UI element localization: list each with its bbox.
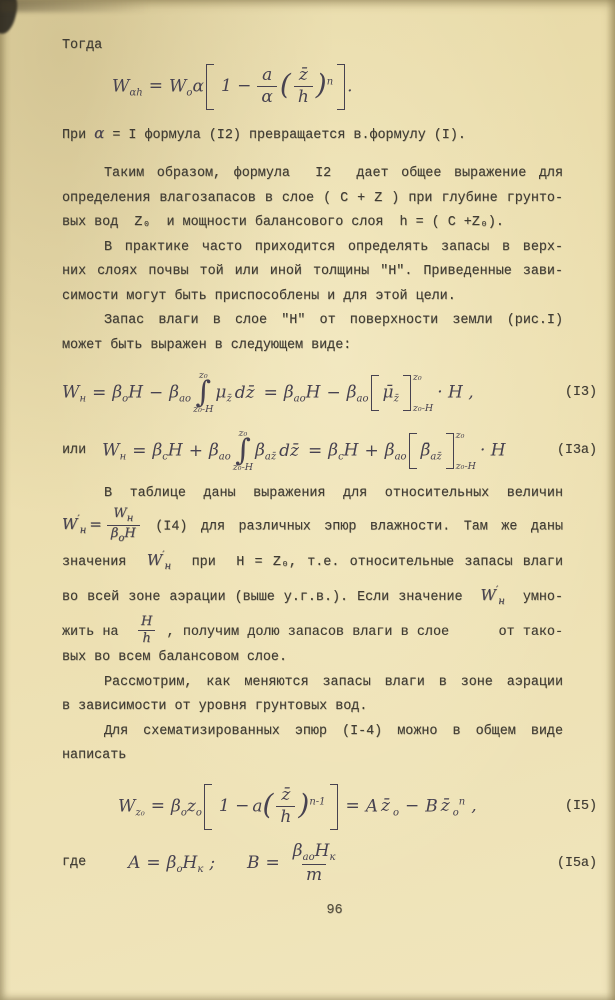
math-superscript: ′ bbox=[162, 550, 164, 561]
text-line: W′н=WнβoH (I4) для различных эпюр влажно… bbox=[62, 507, 563, 544]
text-line: в зависимости от уровня грунтовых вод. bbox=[62, 695, 563, 720]
math-token: = bbox=[340, 796, 366, 816]
formula-body: Wαh=Woα1 −aα(z̄h)n. bbox=[112, 64, 353, 110]
integral-sign: ∫ bbox=[195, 381, 211, 405]
text-line: Таким образом, формула I2 дает общее выр… bbox=[62, 162, 563, 187]
math-token: W bbox=[62, 515, 77, 533]
text-segment: во всей зоне аэрации (выше у.г.в.). Если… bbox=[62, 590, 481, 605]
text-line: При α = I формула (I2) превращается в.фо… bbox=[62, 121, 563, 149]
text-segment: при H = Z₀, т.е. относительные запасы вл… bbox=[171, 555, 563, 570]
numerator: a bbox=[258, 66, 276, 86]
math-token: W bbox=[118, 796, 135, 816]
equation-number: (I5a) bbox=[557, 851, 597, 876]
scan-edge-smudge bbox=[0, 0, 150, 12]
paren-open: ( bbox=[280, 68, 291, 101]
equation-number: (I3) bbox=[565, 381, 597, 406]
math-subscript: ao bbox=[294, 394, 306, 405]
math-subscript: az̄ bbox=[430, 452, 441, 463]
upper-limit: z₀ bbox=[413, 372, 433, 383]
math-token: H bbox=[183, 853, 198, 873]
math-token: W′н bbox=[147, 551, 171, 569]
math-subscript: ao bbox=[219, 452, 231, 463]
lower-limit: z₀-H bbox=[456, 461, 476, 472]
math-token: z̄ bbox=[378, 796, 393, 816]
text-line: Рассмотрим, как меняются запасы влаги в … bbox=[62, 671, 563, 696]
math-subscript: az̄ bbox=[265, 452, 276, 463]
math-token: = bbox=[260, 853, 286, 873]
math-token: β bbox=[167, 853, 177, 873]
text-line: них слоях почвы той или иной толщины "H"… bbox=[62, 260, 563, 285]
math-token: H bbox=[124, 526, 135, 541]
math-token: β bbox=[385, 441, 395, 461]
denominator: h bbox=[276, 806, 295, 827]
math-subscript: z̄ bbox=[226, 394, 231, 405]
body-text: В таблице даны выражения для относительн… bbox=[62, 482, 563, 769]
math-token: H bbox=[344, 441, 359, 461]
math-token: W bbox=[62, 383, 79, 403]
text-segment: умно- bbox=[505, 590, 563, 605]
math-subscript: ao bbox=[357, 394, 369, 405]
formula-body: Wн=βcH+βaoz₀∫z₀-Hβaz̄dz̄=βcH+βaoβ̄az̄z₀z… bbox=[102, 429, 505, 473]
math-token: = bbox=[126, 441, 152, 461]
integral-sign: ∫ bbox=[235, 439, 251, 463]
math-token: μ̄ bbox=[383, 383, 394, 403]
scan-edge-shadow bbox=[606, 0, 615, 1000]
math-token: B bbox=[425, 796, 438, 816]
upper-limit: z₀ bbox=[456, 430, 476, 441]
integral-lower-limit: z₀-H bbox=[193, 405, 213, 415]
numerator: H bbox=[137, 615, 156, 630]
evaluation-limits: z₀z₀-H bbox=[413, 372, 433, 414]
math-token: W bbox=[113, 506, 126, 521]
fraction: aα bbox=[257, 66, 276, 106]
text-line: значения W′н при H = Z₀, т.е. относитель… bbox=[62, 544, 563, 580]
math-subscript: н bbox=[127, 513, 134, 524]
text-segment: (I4) для различных эпюр влажности. Там ж… bbox=[142, 519, 563, 534]
math-token: . bbox=[347, 76, 352, 96]
scanned-page: Тогда Wαh=Woα1 −aα(z̄h)n. При α = I форм… bbox=[0, 0, 615, 1000]
math-superscript: n-1 bbox=[309, 796, 325, 807]
right-bracket bbox=[446, 433, 454, 469]
math-token: z bbox=[187, 796, 196, 816]
text-segment: или bbox=[62, 439, 86, 464]
math-token: β bbox=[112, 383, 122, 403]
math-superscript: ′ bbox=[496, 585, 498, 596]
denominator: α bbox=[257, 86, 276, 107]
math-token: · H bbox=[480, 441, 506, 461]
page-number: 96 bbox=[62, 899, 563, 924]
math-token: dz̄ bbox=[276, 441, 302, 461]
right-bracket bbox=[337, 64, 345, 110]
math-token: β bbox=[169, 383, 179, 403]
text-line: вых вод Z₀ и мощности балансового слоя h… bbox=[62, 211, 563, 236]
math-token: W bbox=[102, 441, 119, 461]
math-token: α bbox=[192, 76, 203, 96]
math-token: β bbox=[284, 383, 294, 403]
math-token: + bbox=[359, 441, 385, 461]
text-line: может быть выражен в следующем виде: bbox=[62, 334, 563, 359]
math-token: W bbox=[481, 586, 496, 604]
left-bracket bbox=[409, 433, 417, 469]
text-line: В практике часто приходится определять з… bbox=[62, 236, 563, 261]
inline-fraction: Hh bbox=[135, 620, 158, 638]
math-token: β bbox=[328, 441, 338, 461]
math-token: A bbox=[128, 853, 140, 873]
numerator: z̄ bbox=[295, 66, 312, 86]
text-line: Тогда bbox=[62, 34, 563, 59]
lower-limit: z₀-H bbox=[413, 403, 433, 414]
math-token: β bbox=[209, 441, 219, 461]
math-token: μ bbox=[215, 383, 226, 403]
math-token: W bbox=[147, 551, 162, 569]
formula-body: A=βoHк;B=βaoHкm bbox=[102, 842, 342, 885]
left-bracket bbox=[206, 64, 214, 110]
text-line: Для схематизированных эпюр (I-4) можно в… bbox=[62, 720, 563, 745]
math-token: 1 − bbox=[218, 76, 254, 96]
inline-formula-14: W′н=WнβoH bbox=[62, 515, 142, 533]
denominator: βoH bbox=[107, 525, 140, 544]
left-bracket bbox=[204, 784, 212, 830]
math-token: W bbox=[112, 76, 129, 96]
math-token: α bbox=[94, 124, 104, 142]
evaluation-limits: z₀z₀-H bbox=[456, 430, 476, 472]
formula-13: Wн=βoH−βaoz₀∫z₀-Hμz̄dz̄=βaoH−βaoμ̄z̄z₀z₀… bbox=[62, 364, 563, 422]
math-subscript: ao bbox=[303, 852, 315, 863]
math-token: β bbox=[255, 441, 265, 461]
denominator: m bbox=[302, 864, 326, 885]
text-line: В таблице даны выражения для относительн… bbox=[62, 482, 563, 507]
math-token: ; bbox=[203, 853, 221, 873]
math-token: = bbox=[86, 383, 112, 403]
paren-close: ) bbox=[298, 788, 309, 821]
math-token: − bbox=[320, 383, 346, 403]
math-subscript: ao bbox=[179, 394, 191, 405]
fraction: WнβoH bbox=[107, 507, 140, 544]
integral-lower-limit: z₀-H bbox=[233, 463, 253, 473]
math-token: = bbox=[143, 76, 169, 96]
equation-number: (I5) bbox=[565, 794, 597, 819]
math-token: H bbox=[168, 441, 183, 461]
text-segment: жить на bbox=[62, 624, 135, 639]
math-token: β bbox=[347, 383, 357, 403]
text-line: жить на Hh , получим долю запасов влаги … bbox=[62, 615, 563, 647]
paren-close: ) bbox=[316, 68, 327, 101]
formula-body: Wz₀=βozo1 −a(z̄h)n-1=Az̄o−Bz̄on, bbox=[118, 784, 483, 830]
math-superscript: ′ bbox=[77, 514, 79, 525]
numerator: βaoHк bbox=[289, 842, 340, 864]
math-superscript: n bbox=[327, 76, 333, 87]
text-line: определения влагозапасов в слое ( C + Z … bbox=[62, 187, 563, 212]
text-segment: = I формула (I2) превращается в.формулу … bbox=[104, 128, 466, 143]
text-line: написать bbox=[62, 744, 563, 769]
text-segment: где bbox=[62, 851, 86, 876]
math-subscript: н bbox=[498, 596, 505, 607]
left-bracket bbox=[371, 375, 379, 411]
formula-13a: или Wн=βcH+βaoz₀∫z₀-Hβaz̄dz̄=βcH+βaoβ̄az… bbox=[62, 424, 563, 478]
math-token: H bbox=[306, 383, 321, 403]
math-subscript: ao bbox=[395, 452, 407, 463]
math-subscript: z̄ bbox=[394, 394, 399, 405]
math-token: W′н bbox=[481, 586, 505, 604]
body-text: Таким образом, формула I2 дает общее выр… bbox=[62, 162, 563, 358]
math-token: + bbox=[183, 441, 209, 461]
fraction: βaoHкm bbox=[289, 842, 340, 885]
math-token: = bbox=[86, 515, 105, 533]
text-line: Запас влаги в слое "H" от поверхности зе… bbox=[62, 309, 563, 334]
denominator: h bbox=[294, 86, 313, 107]
math-token: , bbox=[465, 796, 482, 816]
math-token: β bbox=[171, 796, 181, 816]
math-subscript: αh bbox=[129, 87, 142, 98]
math-token: = bbox=[145, 796, 171, 816]
math-token: H bbox=[315, 841, 330, 861]
denominator: h bbox=[138, 630, 154, 646]
math-token: B bbox=[247, 853, 260, 873]
right-bracket bbox=[403, 375, 411, 411]
numerator: Wн bbox=[109, 507, 137, 525]
formula-body: Wн=βoH−βaoz₀∫z₀-Hμz̄dz̄=βaoH−βaoμ̄z̄z₀z₀… bbox=[62, 371, 474, 415]
text-line: вых во всем балансовом слое. bbox=[62, 646, 563, 671]
formula-12: Wαh=Woα1 −aα(z̄h)n. bbox=[62, 61, 563, 113]
math-token: = bbox=[258, 383, 284, 403]
math-token: = bbox=[140, 853, 166, 873]
right-bracket bbox=[330, 784, 338, 830]
math-token: = bbox=[302, 441, 328, 461]
integral: z₀∫z₀-H bbox=[233, 429, 253, 473]
math-token: β bbox=[152, 441, 162, 461]
math-token: − bbox=[399, 796, 425, 816]
math-subscript: o bbox=[453, 807, 459, 818]
math-token: a bbox=[252, 796, 262, 816]
fraction: Hh bbox=[137, 615, 156, 647]
math-token: dz̄ bbox=[232, 383, 258, 403]
math-token: H bbox=[128, 383, 143, 403]
text-segment: значения bbox=[62, 555, 147, 570]
math-token: A bbox=[366, 796, 378, 816]
math-subscript: o bbox=[196, 807, 202, 818]
numerator: z̄ bbox=[277, 786, 294, 806]
fraction: z̄h bbox=[276, 786, 295, 826]
text-segment: , получим долю запасов влаги в слое от т… bbox=[158, 624, 563, 639]
math-token: β bbox=[293, 841, 303, 861]
formula-15a: где A=βoHк;B=βaoHкm (I5a) bbox=[62, 839, 563, 889]
integral: z₀∫z₀-H bbox=[193, 371, 213, 415]
text-segment: При bbox=[62, 128, 94, 143]
math-subscript: z₀ bbox=[135, 807, 144, 818]
math-token: β̄ bbox=[421, 441, 431, 461]
math-token: z̄ bbox=[438, 796, 453, 816]
equation-number: (I3a) bbox=[557, 439, 597, 464]
math-token: · H , bbox=[437, 383, 473, 403]
math-token: 1 − bbox=[216, 796, 252, 816]
formula-15: Wz₀=βozo1 −a(z̄h)n-1=Az̄o−Bz̄on, (I5) bbox=[62, 779, 563, 835]
math-subscript: к bbox=[329, 852, 335, 863]
fraction: z̄h bbox=[294, 66, 313, 106]
math-token: − bbox=[143, 383, 169, 403]
text-line: во всей зоне аэрации (выше у.г.в.). Если… bbox=[62, 579, 563, 615]
paren-open: ( bbox=[262, 788, 273, 821]
math-token: W bbox=[169, 76, 186, 96]
text-line: симости могут быть приспособлены и для э… bbox=[62, 285, 563, 310]
